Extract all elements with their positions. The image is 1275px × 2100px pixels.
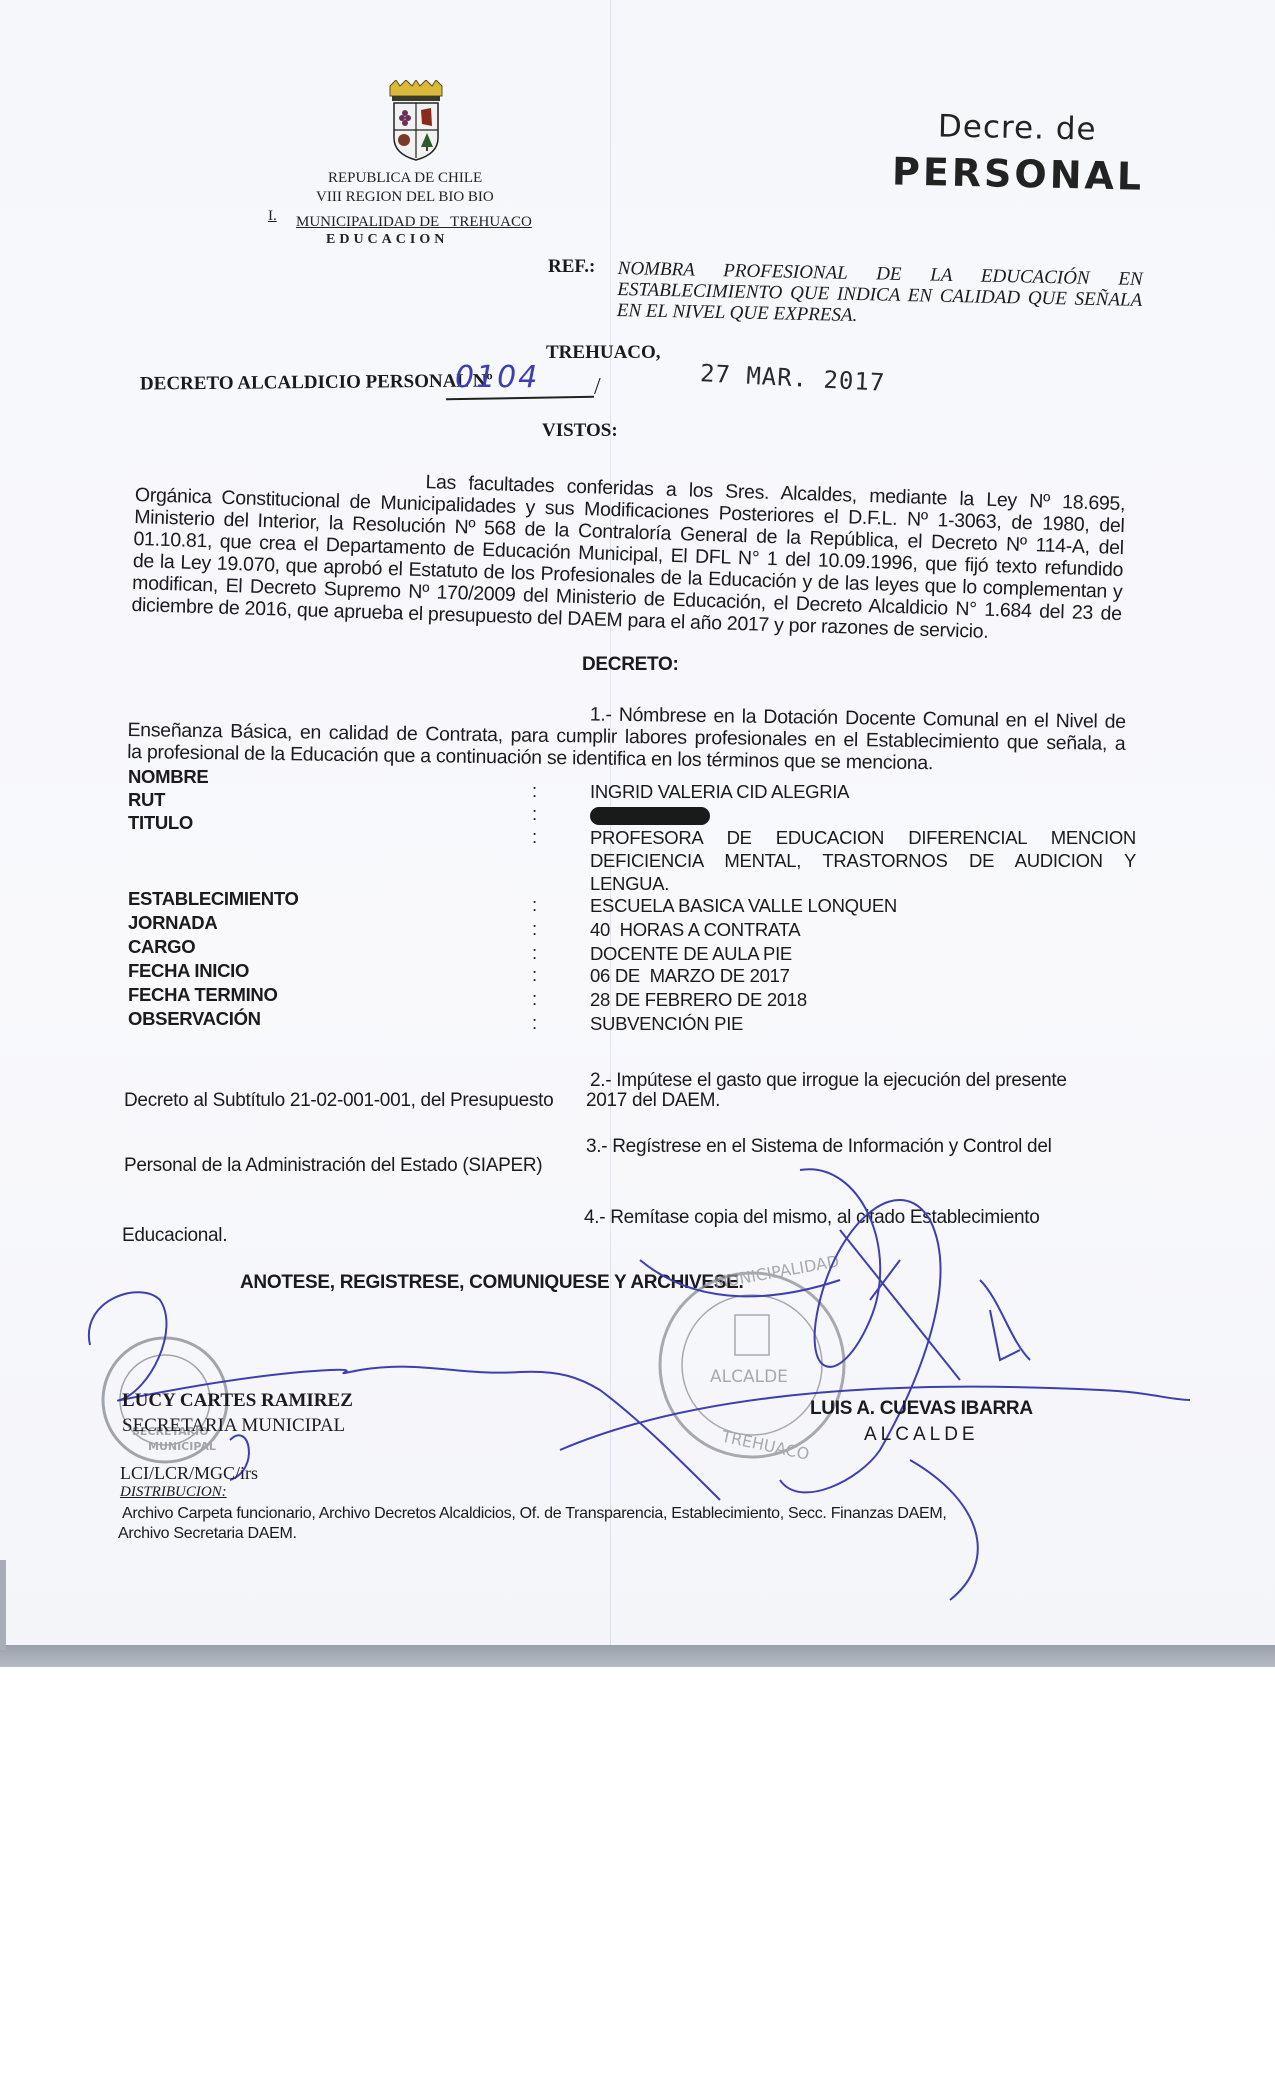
stamp-personal: PERSONAL — [892, 149, 1145, 198]
decreto-item-3-line-1: 3.- Regístrese en el Sistema de Informac… — [586, 1136, 1052, 1158]
field-value-line: PROFESORA DE EDUCACION DIFERENCIAL MENCI… — [590, 826, 1136, 849]
field-value: 40 HORAS A CONTRATA — [590, 918, 1136, 941]
vistos-paragraph: Las facultades conferidas a los Sres. Al… — [131, 462, 1125, 647]
field-value: 06 DE MARZO DE 2017 — [590, 964, 1136, 987]
decree-number-handwritten: 0104 — [455, 360, 539, 395]
decreto-item-3-line-2: Personal de la Administración del Estado… — [124, 1155, 542, 1177]
field-value-line: LENGUA. — [590, 872, 1136, 895]
distribution-line: Archivo Carpeta funcionario, Archivo Dec… — [122, 1505, 947, 1523]
decreto-item-2-line-1: 2.- Impútese el gasto que irrogue la eje… — [590, 1070, 1067, 1092]
field-value: INGRID VALERIA CID ALEGRIA — [590, 780, 1136, 803]
municipal-coat-of-arms-icon — [386, 80, 446, 162]
ref-label: REF.: — [548, 256, 595, 278]
field-separator: : — [532, 942, 537, 964]
field-value: DOCENTE DE AULA PIE — [590, 942, 1136, 965]
field-label: RUT — [128, 789, 165, 811]
decreto-item-4-line-2: Educacional. — [122, 1225, 227, 1247]
field-separator: : — [532, 964, 537, 986]
mayor-name: LUIS A. CUEVAS IBARRA — [810, 1398, 1033, 1420]
field-separator: : — [532, 780, 537, 802]
field-label: NOMBRE — [128, 766, 208, 788]
header-department: EDUCACION — [326, 232, 448, 248]
vistos-heading: VISTOS: — [542, 420, 618, 442]
field-value: PROFESORA DE EDUCACION DIFERENCIAL MENCI… — [590, 826, 1136, 895]
decreto-item-4-line-1: 4.- Remítase copia del mismo, al citado … — [584, 1207, 1040, 1229]
decree-title: DECRETO ALCALDICIO PERSONAL Nº — [140, 370, 493, 395]
field-label: CARGO — [128, 936, 195, 958]
decreto-item-2-line-2: Decreto al Subtítulo 21-02-001-001, del … — [124, 1090, 553, 1112]
field-value: SUBVENCIÓN PIE — [590, 1012, 1136, 1035]
field-separator: : — [532, 918, 537, 940]
secretary-name: LUCY CARTES RAMIREZ — [122, 1390, 353, 1412]
scan-bottom-edge — [0, 1645, 1275, 1667]
stamp-decree-type: Decre. de — [938, 108, 1097, 147]
field-label: ESTABLECIMIENTO — [128, 888, 299, 910]
field-value-line: DEFICIENCIA MENTAL, TRASTORNOS DE AUDICI… — [590, 849, 1136, 872]
closing-formula: ANOTESE, REGISTRESE, COMUNIQUESE Y ARCHI… — [240, 1272, 743, 1294]
mayor-role: ALCALDE — [864, 1424, 979, 1446]
header-republic: REPUBLICA DE CHILE — [328, 170, 482, 187]
field-separator: : — [532, 894, 537, 916]
scan-left-edge — [0, 1560, 6, 1650]
field-label: FECHA TERMINO — [128, 984, 278, 1006]
field-value: 28 DE FEBRERO DE 2018 — [590, 988, 1136, 1011]
field-separator: : — [532, 803, 537, 825]
field-separator: : — [532, 988, 537, 1010]
place-name: TREHUACO, — [546, 342, 661, 364]
decree-number-mark: / — [594, 374, 601, 401]
decreto-heading: DECRETO: — [582, 654, 678, 676]
field-value: ESCUELA BASICA VALLE LONQUEN — [590, 894, 1136, 917]
reference-initials: LCI/LCR/MGC/irs — [120, 1463, 258, 1484]
field-label: FECHA INICIO — [128, 960, 249, 982]
redaction-mark — [590, 807, 710, 825]
field-separator: : — [532, 826, 537, 848]
secretary-role: SECRETARIA MUNICIPAL — [122, 1415, 345, 1437]
header-region: VIII REGION DEL BIO BIO — [316, 189, 494, 206]
ref-text: NOMBRA PROFESIONAL DE LA EDUCACIÓN EN ES… — [617, 258, 1143, 332]
field-label: TITULO — [128, 812, 193, 834]
decreto-item-1: 1.- Nómbrese en la Dotación Docente Comu… — [127, 697, 1126, 777]
distribution-line: Archivo Secretaria DAEM. — [118, 1525, 297, 1543]
field-value-redacted — [590, 803, 1136, 826]
distribution-label: DISTRIBUCION: — [120, 1484, 227, 1501]
field-separator: : — [532, 1012, 537, 1034]
field-label: JORNADA — [128, 912, 217, 934]
header-municipality: MUNICIPALIDAD DE TREHUACO — [296, 214, 532, 231]
header-municipality-prefix: I. — [268, 208, 277, 225]
decreto-item-2-line-2b: 2017 del DAEM. — [586, 1090, 720, 1112]
field-label: OBSERVACIÓN — [128, 1008, 261, 1030]
